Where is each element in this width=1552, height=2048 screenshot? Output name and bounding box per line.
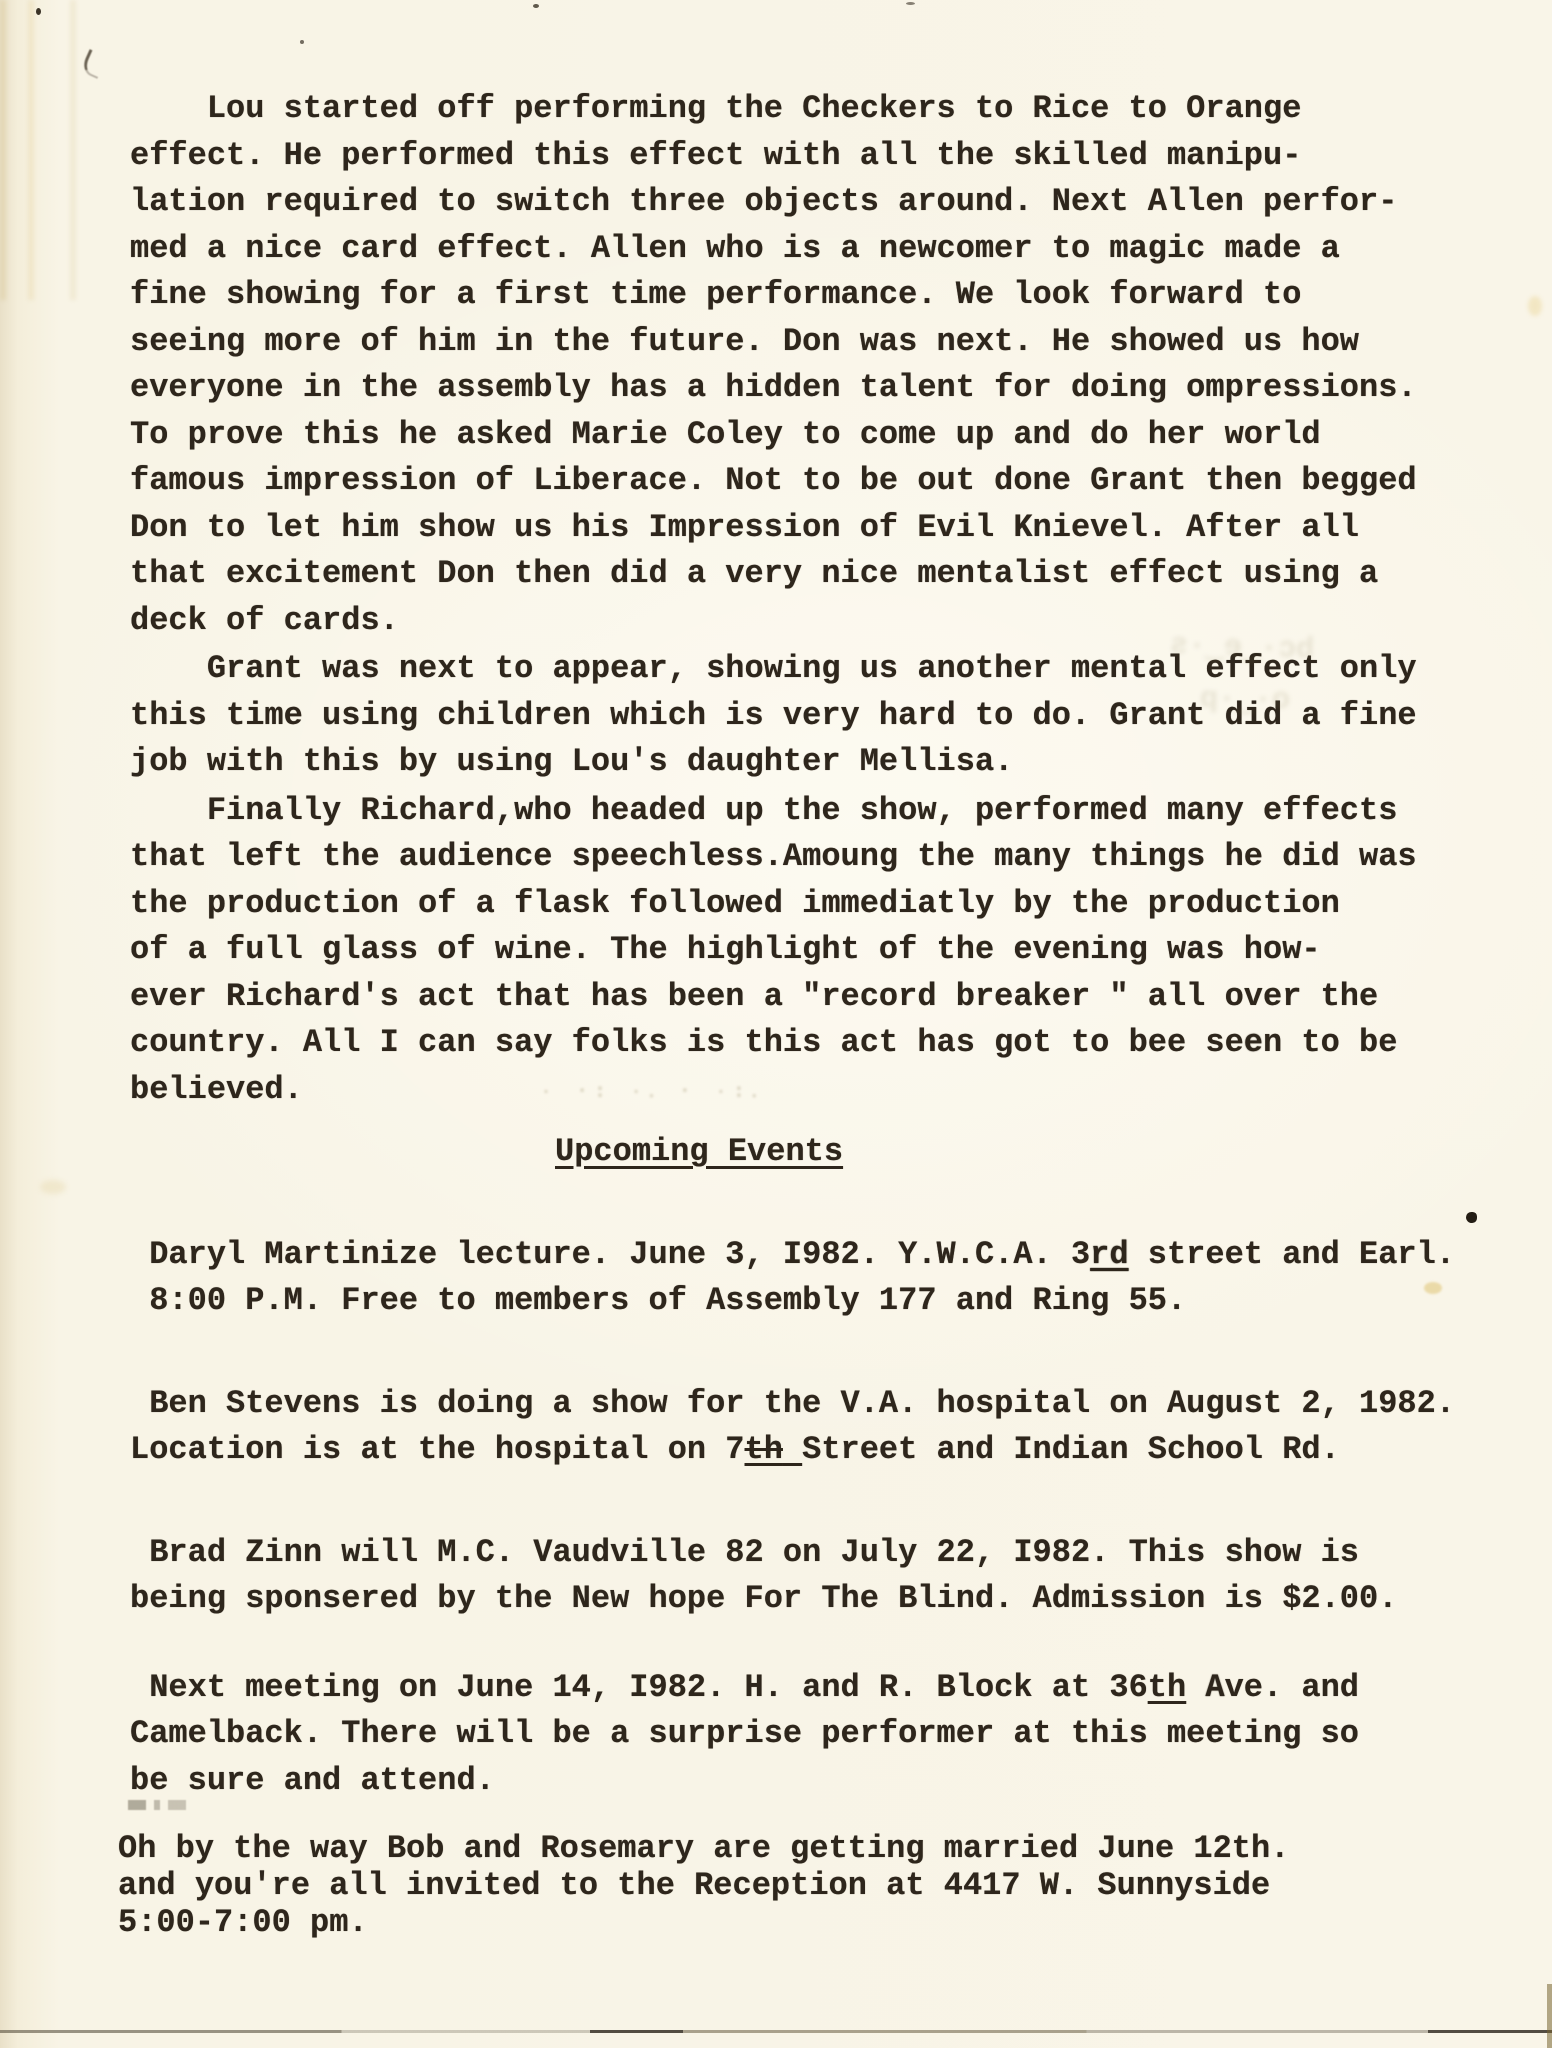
event-ben-stevens-va-show: Ben Stevens is doing a show for the V.A.…: [130, 1381, 1510, 1474]
story-paragraph-1: Lou started off performing the Checkers …: [130, 86, 1510, 644]
paper-speck: [300, 40, 304, 44]
text-line: and you're all invited to the Reception …: [118, 1867, 1510, 1904]
story-paragraph-2: Grant was next to appear, showing us ano…: [130, 646, 1510, 786]
upcoming-events-heading: Upcoming Events: [555, 1129, 1510, 1176]
text-line: deck of cards.: [130, 598, 1510, 645]
paper-stain: [40, 1180, 66, 1194]
text-line: effect. He performed this effect with al…: [130, 133, 1510, 180]
scan-edge-line: [0, 2030, 1552, 2033]
text-line: lation required to switch three objects …: [130, 179, 1510, 226]
text-line: be sure and attend.: [130, 1758, 1510, 1805]
pencil-dashes: [128, 1800, 198, 1810]
text-line: fine showing for a first time performanc…: [130, 272, 1510, 319]
scan-edge-right: [1547, 1984, 1552, 2048]
text-line: ever Richard's act that has been a "reco…: [130, 974, 1510, 1021]
pen-squiggle-mark: [80, 49, 107, 79]
wedding-announcement-note: Oh by the way Bob and Rosemary are getti…: [118, 1830, 1510, 1941]
text-line: Oh by the way Bob and Rosemary are getti…: [118, 1830, 1510, 1867]
text-line: Daryl Martinize lecture. June 3, I982. Y…: [130, 1232, 1510, 1279]
text-line: job with this by using Lou's daughter Me…: [130, 739, 1510, 786]
text-line: To prove this he asked Marie Coley to co…: [130, 412, 1510, 459]
paper-speck: [533, 4, 539, 8]
paper-speck: [906, 2, 915, 5]
text-line: Brad Zinn will M.C. Vaudville 82 on July…: [130, 1530, 1510, 1577]
text-line: Location is at the hospital on 7th Stree…: [130, 1427, 1510, 1474]
story-paragraph-3: Finally Richard,who headed up the show, …: [130, 788, 1510, 1114]
text-line: country. All I can say folks is this act…: [130, 1020, 1510, 1067]
scanned-newsletter-page: Lou started off performing the Checkers …: [0, 0, 1552, 2048]
event-next-meeting: Next meeting on June 14, I982. H. and R.…: [130, 1665, 1510, 1805]
text-line: that left the audience speechless.Amoung…: [130, 834, 1510, 881]
text-line: that excitement Don then did a very nice…: [130, 551, 1510, 598]
paper-edge-streaks: [0, 0, 140, 300]
text-line: this time using children which is very h…: [130, 693, 1510, 740]
event-daryl-martinize-lecture: Daryl Martinize lecture. June 3, I982. Y…: [130, 1232, 1510, 1325]
text-line: Don to let him show us his Impression of…: [130, 505, 1510, 552]
text-line: famous impression of Liberace. Not to be…: [130, 458, 1510, 505]
text-line: believed.: [130, 1067, 1510, 1114]
paper-speck: [36, 8, 41, 15]
text-line: being sponsered by the New hope For The …: [130, 1576, 1510, 1623]
event-brad-zinn-vaudville: Brad Zinn will M.C. Vaudville 82 on July…: [130, 1530, 1510, 1623]
text-line: the production of a flask followed immed…: [130, 881, 1510, 928]
text-line: Camelback. There will be a surprise perf…: [130, 1711, 1510, 1758]
paper-stain: [1528, 296, 1542, 316]
paper-speck: [131, 243, 135, 247]
page-content: Lou started off performing the Checkers …: [130, 86, 1510, 1941]
text-line: 5:00-7:00 pm.: [118, 1904, 1510, 1941]
text-line: Finally Richard,who headed up the show, …: [130, 788, 1510, 835]
text-line: med a nice card effect. Allen who is a n…: [130, 226, 1510, 273]
text-line: 8:00 P.M. Free to members of Assembly 17…: [130, 1278, 1510, 1325]
stray-ink-dot: [1466, 1212, 1477, 1223]
text-line: everyone in the assembly has a hidden ta…: [130, 365, 1510, 412]
text-line: Next meeting on June 14, I982. H. and R.…: [130, 1665, 1510, 1712]
text-line: Ben Stevens is doing a show for the V.A.…: [130, 1381, 1510, 1428]
text-line: Grant was next to appear, showing us ano…: [130, 646, 1510, 693]
text-line: of a full glass of wine. The highlight o…: [130, 927, 1510, 974]
text-line: seeing more of him in the future. Don wa…: [130, 319, 1510, 366]
text-line: Lou started off performing the Checkers …: [130, 86, 1510, 133]
